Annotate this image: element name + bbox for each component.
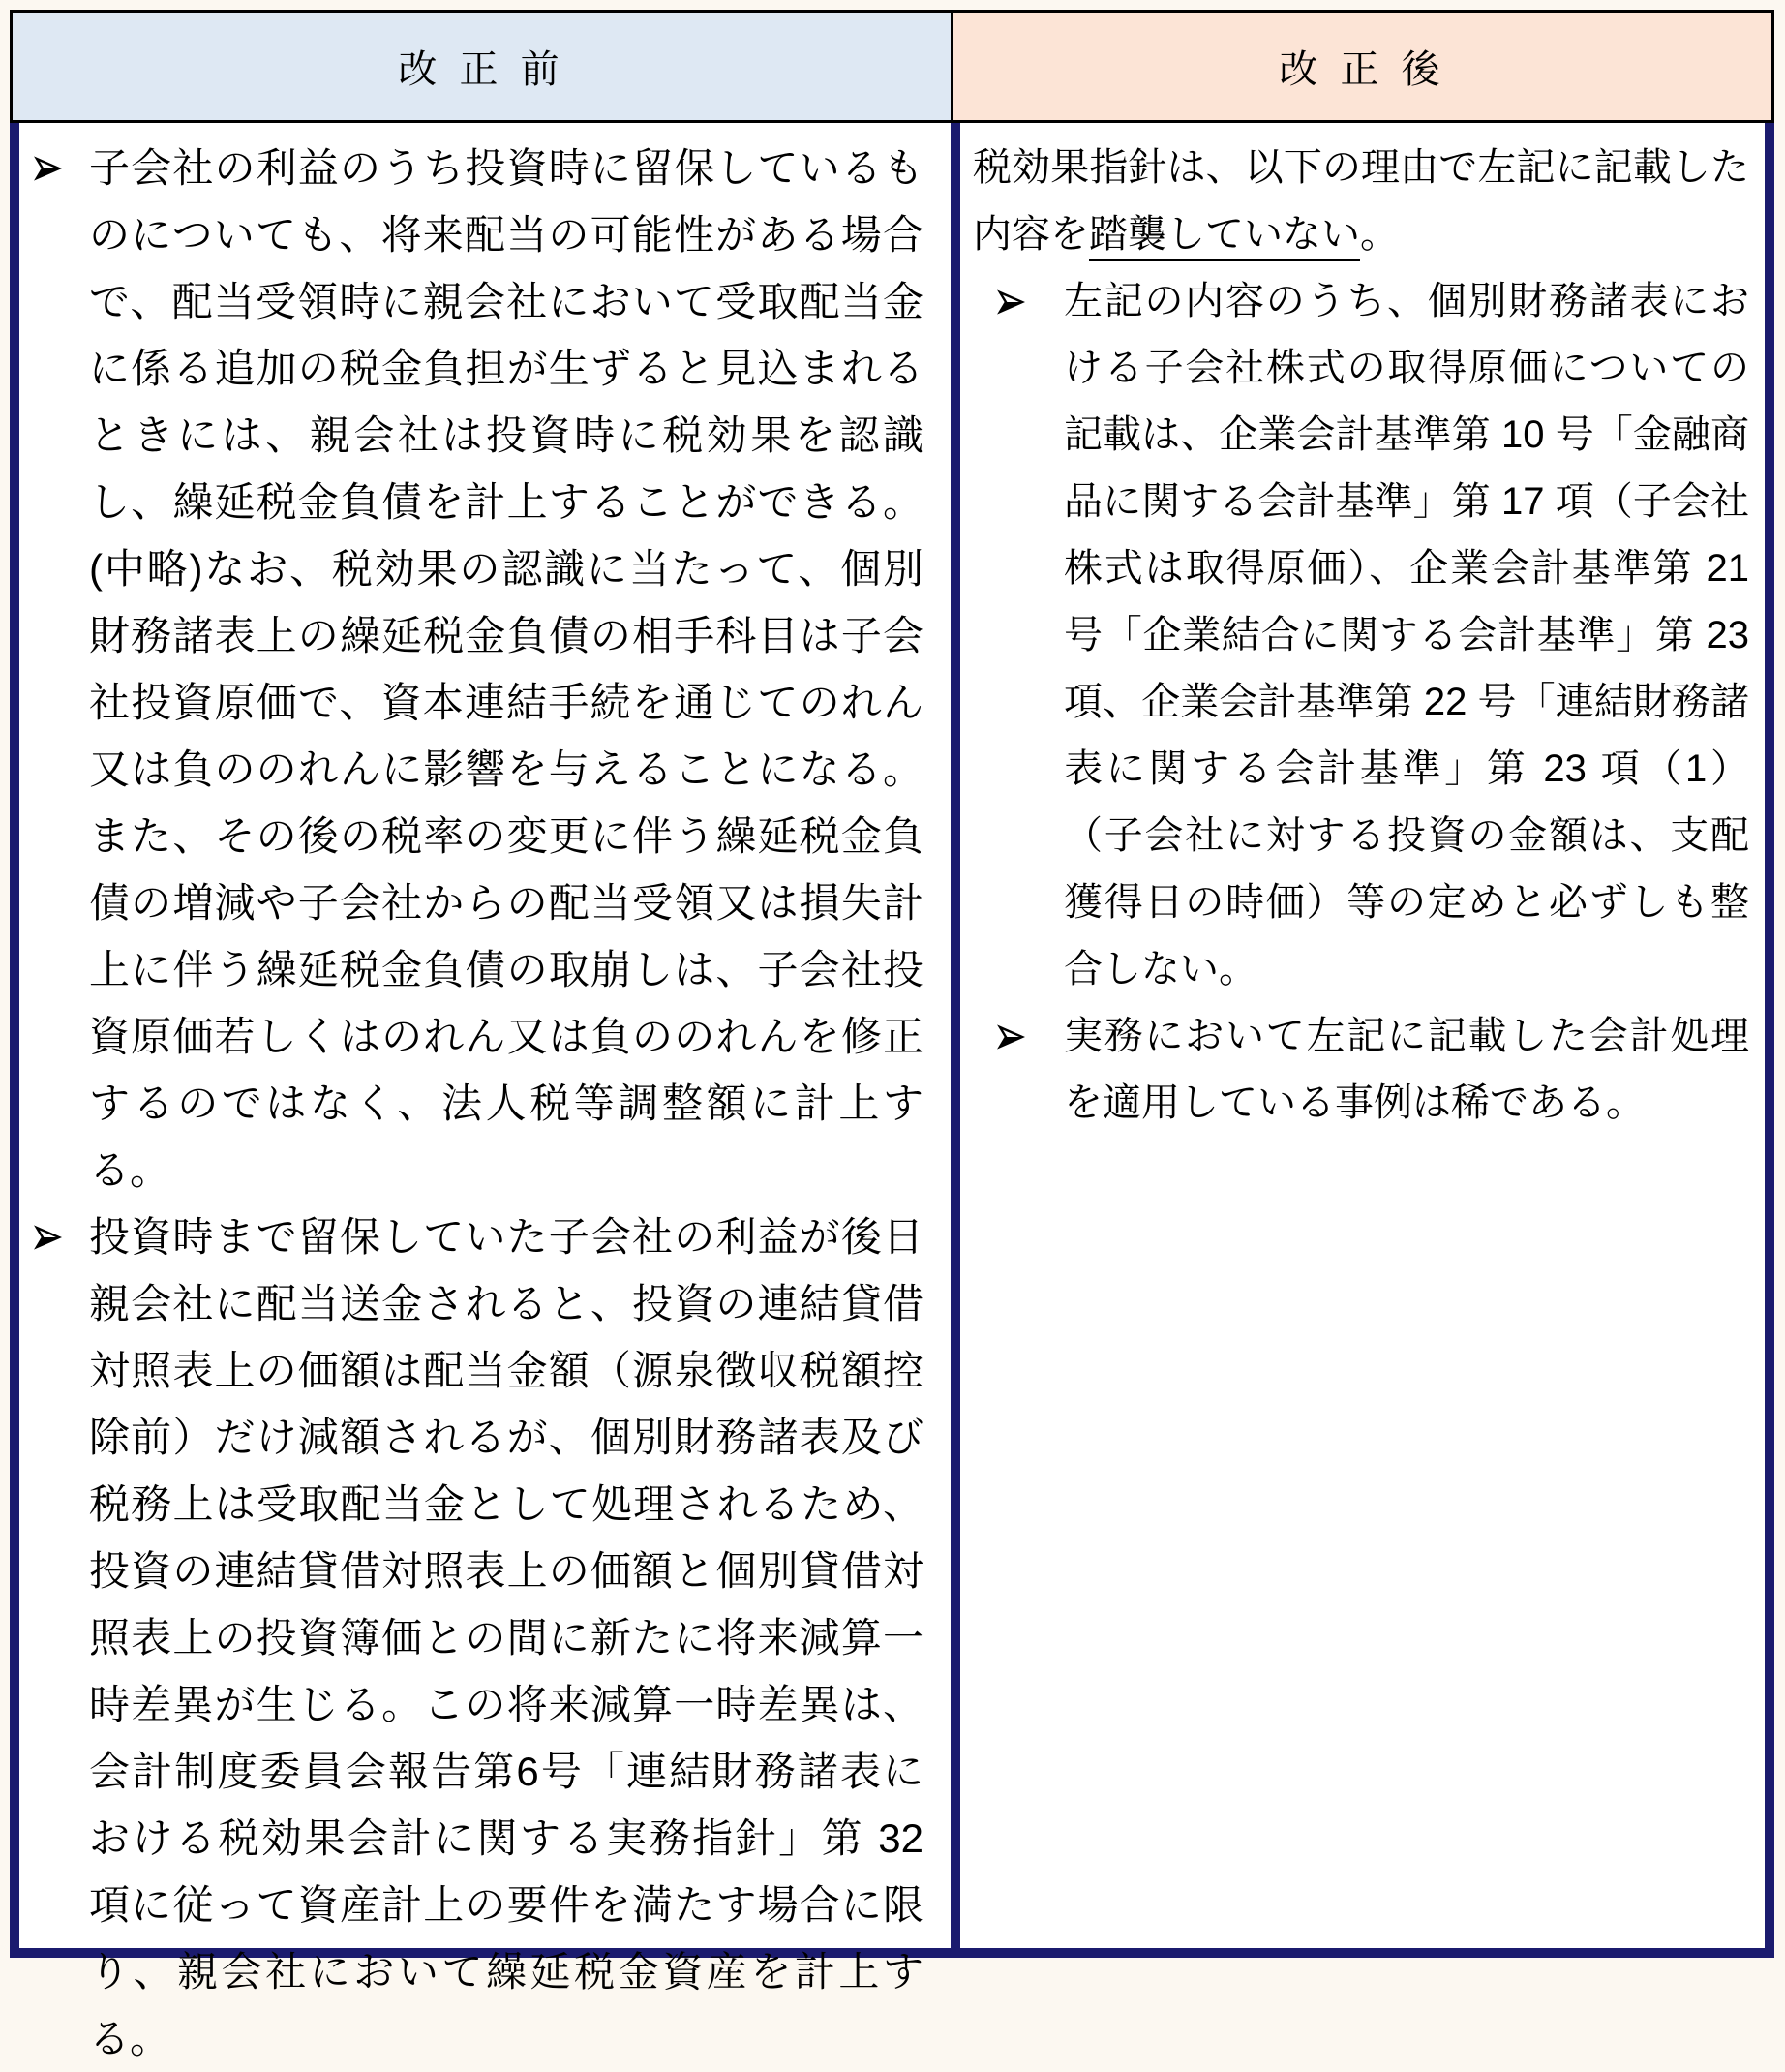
before-bullet-text-1: 子会社の利益のうち投資時に留保しているものについても、将来配当の可能性がある場合…	[89, 135, 923, 1204]
before-bullet-text-2: 投資時まで留保していた子会社の利益が後日親会社に配当送金されると、投資の連結貸借…	[89, 1204, 923, 2072]
header-cell-before-revision: 改 正 前	[13, 13, 953, 120]
after-intro-underlined: 踏襲していない	[1089, 213, 1360, 256]
after-bullet-item-1: 左記の内容のうち、個別財務諸表における子会社株式の取得原価についての記載は、企業…	[996, 268, 1749, 1003]
header-cell-after-revision: 改 正 後	[953, 13, 1771, 120]
table-body-row: 子会社の利益のうち投資時に留保しているものについても、将来配当の可能性がある場合…	[10, 123, 1774, 1958]
comparison-table: 改 正 前 改 正 後 子会社の利益のうち投資時に留保しているものについても、将…	[10, 10, 1774, 1958]
after-revision-cell: 税効果指針は、以下の理由で左記に記載した内容を踏襲していない。 左記の内容のうち…	[960, 123, 1765, 1948]
before-bullet-item-1: 子会社の利益のうち投資時に留保しているものについても、将来配当の可能性がある場合…	[33, 135, 923, 1204]
before-bullet-item-2: 投資時まで留保していた子会社の利益が後日親会社に配当送金されると、投資の連結貸借…	[33, 1204, 923, 2072]
column-divider	[951, 123, 960, 1948]
before-revision-cell: 子会社の利益のうち投資時に留保しているものについても、将来配当の可能性がある場合…	[19, 123, 951, 1948]
arrow-bullet-icon	[33, 1204, 89, 1270]
table-header-row: 改 正 前 改 正 後	[10, 10, 1774, 123]
arrow-bullet-icon	[996, 1003, 1064, 1070]
revision-comparison-document: 改 正 前 改 正 後 子会社の利益のうち投資時に留保しているものについても、将…	[0, 0, 1785, 1967]
arrow-bullet-icon	[33, 135, 89, 201]
arrow-bullet-icon	[996, 268, 1064, 335]
after-intro-suffix: 。	[1360, 213, 1399, 256]
after-bullet-text-2: 実務において左記に記載した会計処理を適用している事例は稀である。	[1064, 1003, 1749, 1137]
after-bullet-item-2: 実務において左記に記載した会計処理を適用している事例は稀である。	[996, 1003, 1749, 1137]
after-intro-paragraph: 税効果指針は、以下の理由で左記に記載した内容を踏襲していない。	[973, 135, 1749, 268]
after-bullet-text-1: 左記の内容のうち、個別財務諸表における子会社株式の取得原価についての記載は、企業…	[1064, 268, 1749, 1003]
